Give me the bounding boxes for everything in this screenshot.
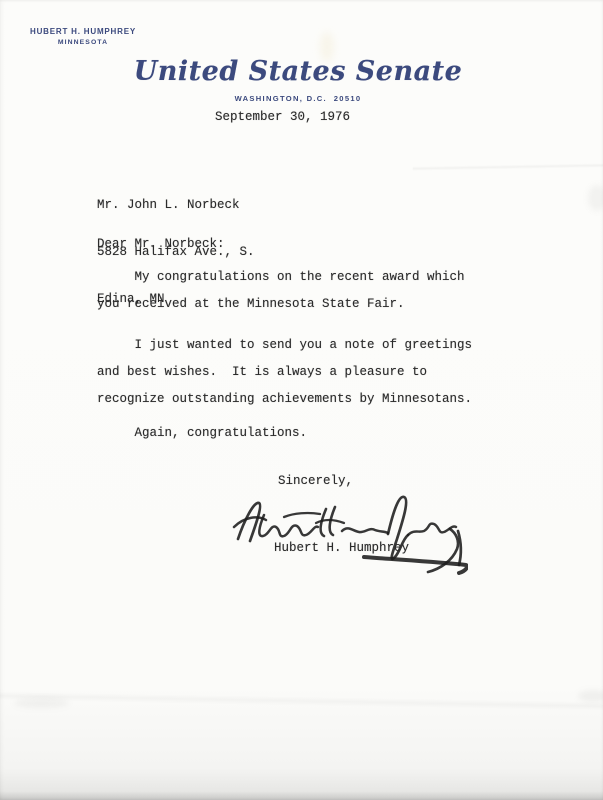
closing-sincerely: Sincerely, bbox=[278, 474, 353, 488]
handwritten-signature bbox=[228, 487, 468, 577]
body-paragraph-3: Again, congratulations. bbox=[97, 420, 307, 447]
letter-date: September 30, 1976 bbox=[215, 110, 350, 124]
salutation: Dear Mr. Norbeck: bbox=[97, 237, 225, 251]
scan-smudge-fold bbox=[588, 185, 603, 211]
recipient-name: Mr. John L. Norbeck bbox=[97, 198, 255, 214]
fold-crease-top bbox=[413, 151, 603, 183]
letterhead-sender-block: HUBERT H. HUMPHREY MINNESOTA bbox=[22, 27, 144, 46]
body-paragraph-1: My congratulations on the recent award w… bbox=[97, 264, 465, 318]
sender-state: MINNESOTA bbox=[22, 39, 144, 46]
organization-title: United States Senate bbox=[134, 56, 463, 87]
letterhead-org-block: United States Senate WASHINGTON, D.C. 20… bbox=[134, 56, 463, 103]
fold-crease-bottom bbox=[0, 692, 603, 710]
scan-smudge-right bbox=[578, 690, 603, 702]
typed-signature-name: Hubert H. Humphrey bbox=[274, 541, 409, 555]
scan-tint-spot bbox=[320, 32, 334, 62]
scan-smudge-left bbox=[14, 698, 69, 708]
sender-name: HUBERT H. HUMPHREY bbox=[22, 27, 144, 36]
scan-edge-shadow bbox=[0, 791, 603, 800]
organization-city-line: WASHINGTON, D.C. 20510 bbox=[134, 94, 463, 103]
body-paragraph-2: I just wanted to send you a note of gree… bbox=[97, 332, 472, 413]
letter-page: HUBERT H. HUMPHREY MINNESOTA United Stat… bbox=[0, 0, 603, 800]
